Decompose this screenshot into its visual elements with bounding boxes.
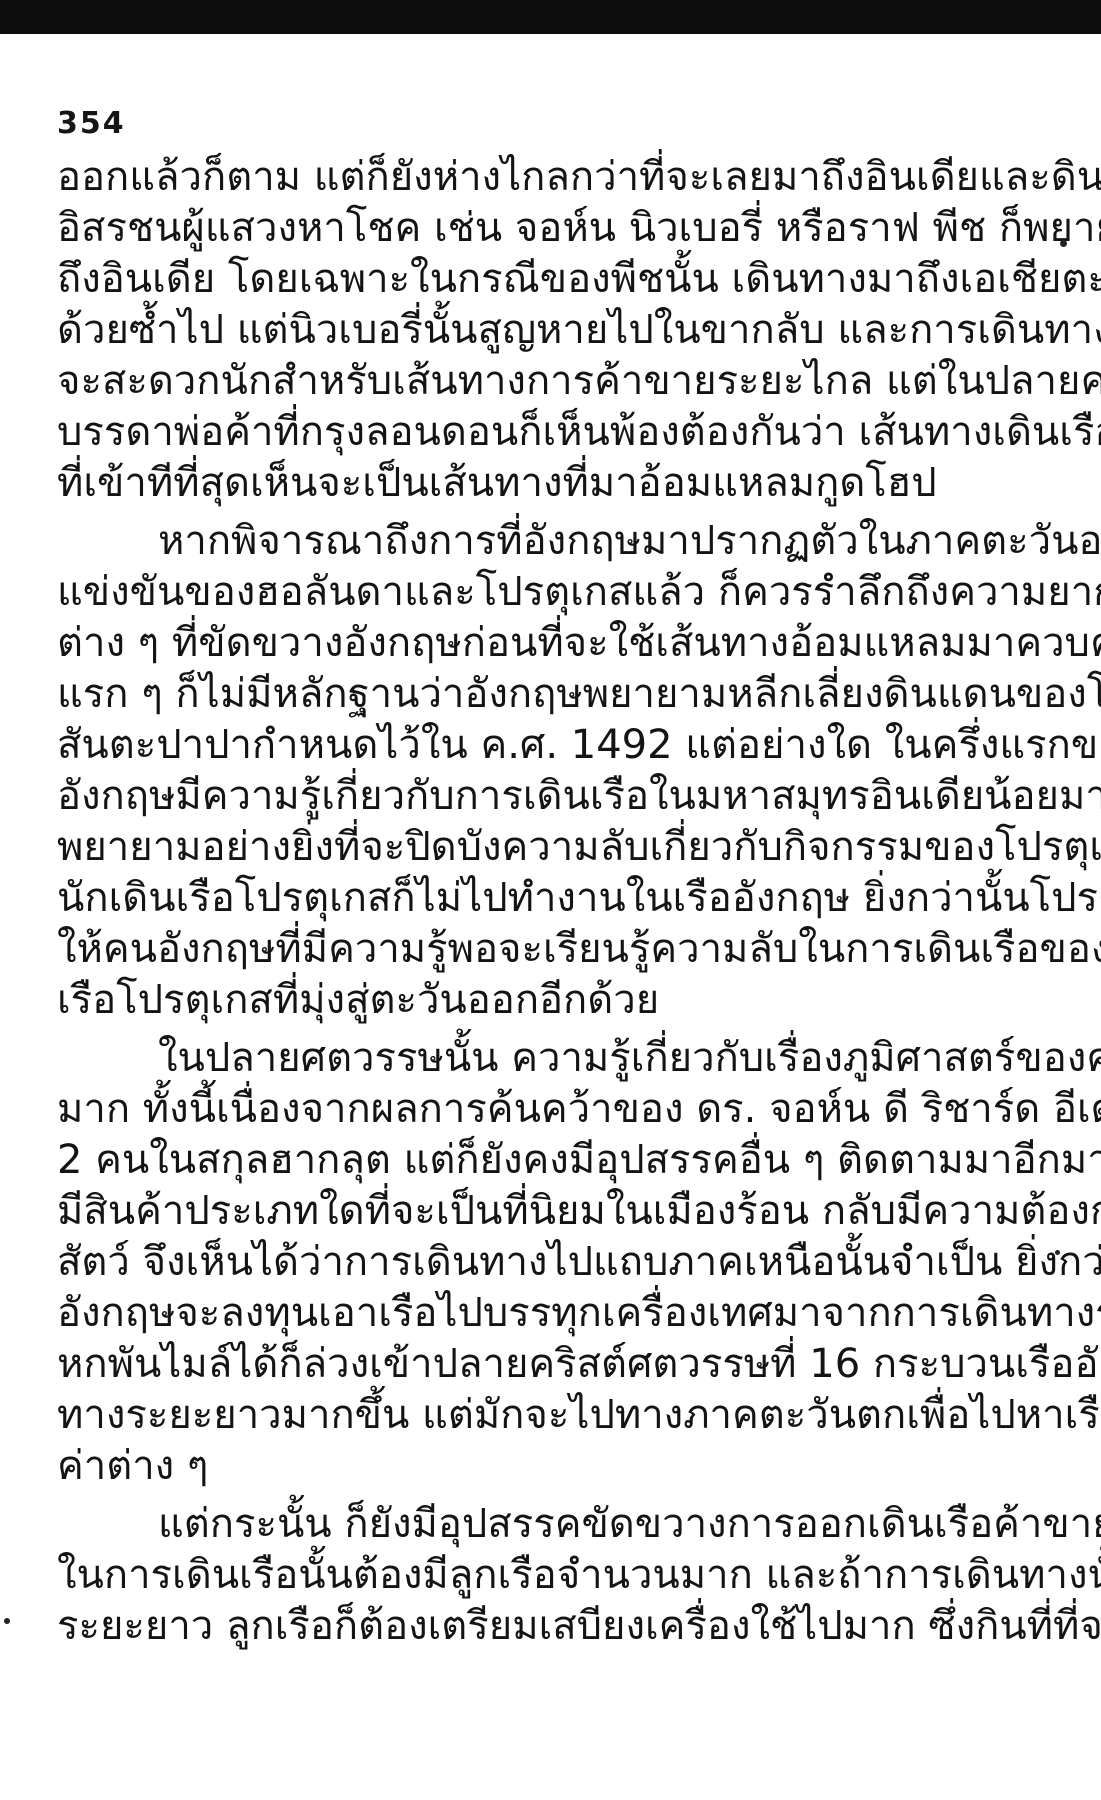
text-line: อังกฤษจะลงทุนเอาเรือไปบรรทุกเครื่องเทศมา… bbox=[57, 1288, 1045, 1339]
text-line: มาก ทั้งนี้เนื่องจากผลการค้นคว้าของ ดร. … bbox=[57, 1084, 1045, 1135]
text-line: ค่าต่าง ๆ bbox=[57, 1441, 1045, 1492]
text-line: จะสะดวกนักสำหรับเส้นทางการค้าขายระยะไกล … bbox=[57, 356, 1045, 407]
text-line: มีสินค้าประเภทใดที่จะเป็นที่นิยมในเมืองร… bbox=[57, 1186, 1045, 1237]
text-line: ให้คนอังกฤษที่มีความรู้พอจะเรียนรู้ความล… bbox=[57, 924, 1045, 975]
page-number: 354 bbox=[57, 106, 126, 141]
text-line: ด้วยซ้ำไป แต่นิวเบอรี่นั้นสูญหายไปในขากล… bbox=[57, 305, 1045, 356]
text-line: สัตว์ จึงเห็นได้ว่าการเดินทางไปแถบภาคเหน… bbox=[57, 1237, 1045, 1288]
text-line: แต่กระนั้น ก็ยังมีอุปสรรคขัดขวางการออกเด… bbox=[57, 1499, 1045, 1550]
text-line: หากพิจารณาถึงการที่อังกฤษมาปรากฏตัวในภาค… bbox=[57, 516, 1045, 567]
text-line: แข่งขันของฮอลันดาและโปรตุเกสแล้ว ก็ควรรำ… bbox=[57, 567, 1045, 618]
text-line: 2 คนในสกุลฮากลุต แต่ก็ยังคงมีอุปสรรคอื่น… bbox=[57, 1135, 1045, 1186]
text-line: ที่เข้าทีที่สุดเห็นจะเป็นเส้นทางที่มาอ้อ… bbox=[57, 458, 1045, 509]
text-line: แรก ๆ ก็ไม่มีหลักฐานว่าอังกฤษพยายามหลีกเ… bbox=[57, 669, 1045, 720]
paragraph-2: หากพิจารณาถึงการที่อังกฤษมาปรากฏตัวในภาค… bbox=[57, 516, 1045, 1026]
scanned-book-page: 354 ออกแล้วก็ตาม แต่ก็ยังห่างไกลกว่าที่จ… bbox=[0, 0, 1101, 1800]
text-line: อิสรชนผู้แสวงหาโชค เช่น จอห์น นิวเบอรี่ … bbox=[57, 203, 1045, 254]
scan-speck bbox=[4, 1618, 10, 1624]
paragraph-3: ในปลายศตวรรษนั้น ความรู้เกี่ยวกับเรื่องภ… bbox=[57, 1033, 1045, 1492]
text-line: ทางระยะยาวมากขึ้น แต่มักจะไปทางภาคตะวันต… bbox=[57, 1390, 1045, 1441]
text-line: เรือโปรตุเกสที่มุ่งสู่ตะวันออกอีกด้วย bbox=[57, 975, 1045, 1026]
scan-speck bbox=[1060, 240, 1067, 247]
text-line: ออกแล้วก็ตาม แต่ก็ยังห่างไกลกว่าที่จะเลย… bbox=[57, 152, 1045, 203]
text-line: บรรดาพ่อค้าที่กรุงลอนดอนก็เห็นพ้องต้องกั… bbox=[57, 407, 1045, 458]
text-line: ต่าง ๆ ที่ขัดขวางอังกฤษก่อนที่จะใช้เส้นท… bbox=[57, 618, 1045, 669]
text-line: ในการเดินเรือนั้นต้องมีลูกเรือจำนวนมาก แ… bbox=[57, 1550, 1045, 1601]
text-line: ถึงอินเดีย โดยเฉพาะในกรณีของพีชนั้น เดิน… bbox=[57, 254, 1045, 305]
text-line: หกพันไมล์ได้ก็ล่วงเข้าปลายคริสต์ศตวรรษที… bbox=[57, 1339, 1045, 1390]
scan-speck bbox=[1055, 1250, 1060, 1255]
scan-edge-bar bbox=[0, 0, 1101, 34]
text-line: พยายามอย่างยิ่งที่จะปิดบังความลับเกี่ยวก… bbox=[57, 822, 1045, 873]
text-line: นักเดินเรือโปรตุเกสก็ไม่ไปทำงานในเรืออัง… bbox=[57, 873, 1045, 924]
paragraph-1: ออกแล้วก็ตาม แต่ก็ยังห่างไกลกว่าที่จะเลย… bbox=[57, 152, 1045, 509]
text-line: ในปลายศตวรรษนั้น ความรู้เกี่ยวกับเรื่องภ… bbox=[57, 1033, 1045, 1084]
text-line: อังกฤษมีความรู้เกี่ยวกับการเดินเรือในมหา… bbox=[57, 771, 1045, 822]
paragraph-4: แต่กระนั้น ก็ยังมีอุปสรรคขัดขวางการออกเด… bbox=[57, 1499, 1045, 1652]
text-line: ระยะยาว ลูกเรือก็ต้องเตรียมเสบียงเครื่อง… bbox=[57, 1601, 1045, 1652]
text-line: สันตะปาปากำหนดไว้ใน ค.ศ. 1492 แต่อย่างใด… bbox=[57, 720, 1045, 771]
